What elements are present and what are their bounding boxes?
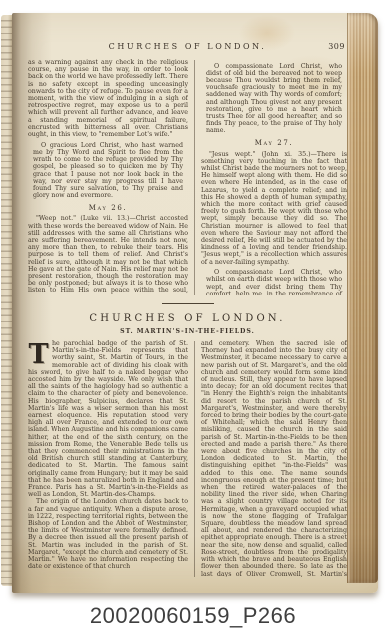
article-opening-paragraph: The parochial badge of the parish of St.… <box>28 340 188 498</box>
article-left-column: The parochial badge of the parish of St.… <box>28 340 188 577</box>
date-heading-may-27: May 27. <box>201 139 347 147</box>
date-heading-may-26: May 26. <box>28 204 188 212</box>
running-title: CHURCHES OF LONDON. <box>109 42 267 51</box>
column-rule <box>194 60 195 295</box>
devotions-left-column: as a warning against any check in the re… <box>28 59 188 295</box>
column-rule <box>194 341 195 577</box>
article-subtitle: ST. MARTIN'S-IN-THE-FIELDS. <box>28 328 347 335</box>
paragraph-continuation: as a warning against any check in the re… <box>28 59 188 138</box>
article-section: The parochial badge of the parish of St.… <box>28 340 347 577</box>
fore-edge-page-stack <box>347 13 378 583</box>
section-divider-rule <box>162 303 214 304</box>
scan-id-label: 20020060159_P266 <box>0 603 386 629</box>
facing-page-edge <box>1 15 12 586</box>
running-header: CHURCHES OF LONDON. 309 <box>28 42 347 53</box>
book-page: CHURCHES OF LONDON. 309 as a warning aga… <box>12 13 378 593</box>
page-number: 309 <box>328 42 345 51</box>
meditation-paragraph: "Weep not." (Luke vii. 13.)—Christ accos… <box>28 215 188 295</box>
meditation-paragraph: "Jesus wept." (John xi. 35.)—There is so… <box>201 151 347 266</box>
printed-area: CHURCHES OF LONDON. 309 as a warning aga… <box>28 42 347 583</box>
devotions-right-column: O compassionate Lord Christ, who didst o… <box>201 59 347 295</box>
article-title: CHURCHES OF LONDON. <box>28 313 347 324</box>
prayer-paragraph: O compassionate Lord Christ, who whilst … <box>201 269 347 295</box>
article-paragraph-text: he parochial badge of the parish of St. … <box>28 340 188 498</box>
article-paragraph: and cemetery. When the sacred isle of Th… <box>201 340 347 577</box>
article-paragraph: The origin of the London church dates ba… <box>28 498 188 570</box>
scanned-book-photo: CHURCHES OF LONDON. 309 as a warning aga… <box>0 0 386 640</box>
devotions-section: as a warning against any check in the re… <box>28 59 347 295</box>
ornamental-initial: T <box>28 341 49 368</box>
prayer-paragraph: O gracious Lord Christ, who hast warned … <box>28 142 188 200</box>
prayer-paragraph: O compassionate Lord Christ, who didst o… <box>201 63 347 135</box>
article-right-column: and cemetery. When the sacred isle of Th… <box>201 340 347 577</box>
